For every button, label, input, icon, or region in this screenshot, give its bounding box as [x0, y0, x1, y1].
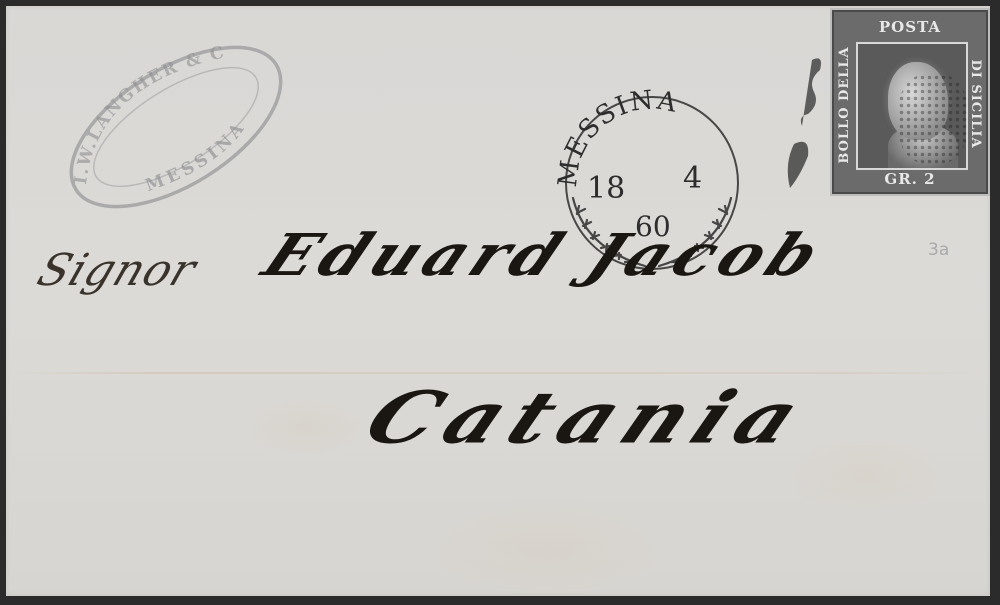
address-city: Catania	[352, 375, 823, 459]
postmark-month: 4	[683, 161, 702, 196]
address-name: Eduard Jacob	[252, 222, 836, 290]
fold-line	[6, 372, 990, 374]
stamp-portrait-frame	[856, 42, 968, 170]
stamp-right-text: DI SICILIA	[968, 44, 983, 164]
company-cachet: I.W.LANGHER & CO MESSINA	[56, 45, 296, 210]
stamp-top-text: POSTA	[834, 18, 986, 36]
stamp-left-text: BOLLO DELLA	[837, 30, 852, 180]
postage-stamp: POSTA BOLLO DELLA DI SICILIA GR. 2	[832, 10, 988, 194]
address-salutation: Signor	[31, 245, 204, 296]
stamp-value-text: GR. 2	[834, 170, 986, 188]
postmark-day: 18	[587, 171, 625, 206]
stamp-dot-cancel	[898, 74, 968, 164]
pencil-catalog-note: 3a	[928, 240, 949, 260]
ink-smudge-cancel	[780, 52, 840, 192]
